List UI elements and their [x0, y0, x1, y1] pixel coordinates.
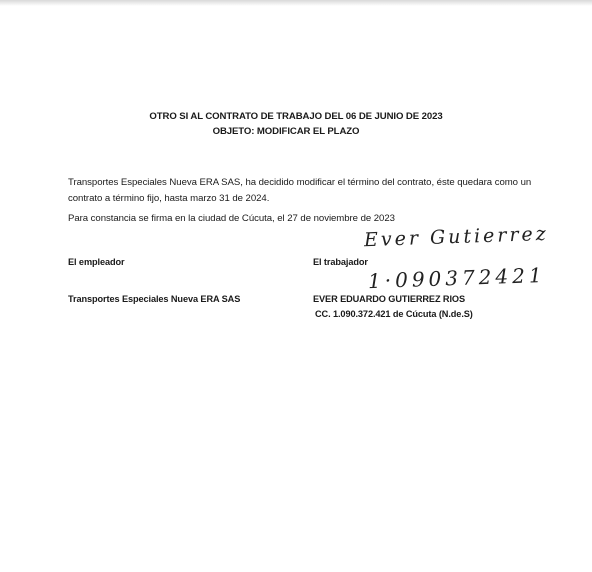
worker-name: EVER EDUARDO GUTIERREZ RIOS [313, 294, 465, 304]
body-paragraph-signing-place-date: Para constancia se firma en la ciudad de… [68, 211, 395, 227]
document-subtitle: OBJETO: MODIFICAR EL PLAZO [0, 126, 572, 137]
document-title: OTRO SI AL CONTRATO DE TRABAJO DEL 06 DE… [10, 111, 582, 122]
worker-id-number: CC. 1.090.372.421 de Cúcuta (N.de.S) [315, 309, 473, 319]
handwritten-signature-id: 1·090372421 [368, 263, 546, 293]
worker-label: El trabajador [313, 257, 368, 267]
employer-label: El empleador [68, 257, 125, 267]
page-top-shadow [0, 0, 592, 6]
employer-name: Transportes Especiales Nueva ERA SAS [68, 294, 240, 304]
handwritten-signature-name: Ever Gutierrez [364, 223, 549, 251]
body-paragraph-contract-change: Transportes Especiales Nueva ERA SAS, ha… [68, 175, 538, 207]
